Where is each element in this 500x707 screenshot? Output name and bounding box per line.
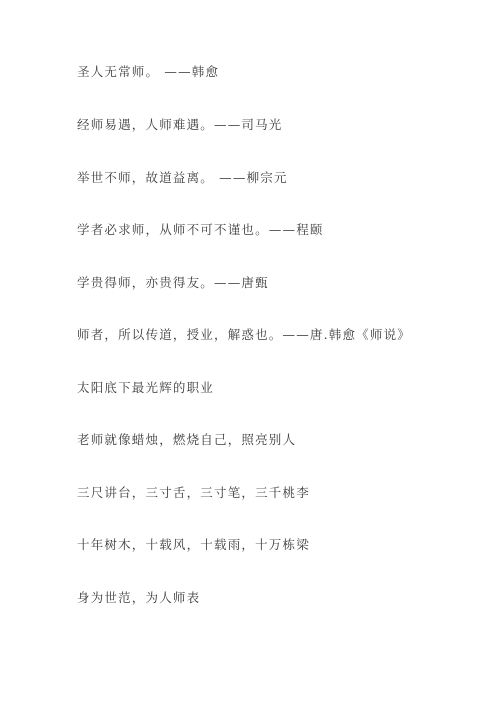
quote-line-7: 太阳底下最光辉的职业 (77, 380, 214, 396)
quote-line-4: 学者必求师，从师不可不谨也。——程颐 (77, 222, 324, 238)
quote-line-2: 经师易遇，人师难遇。——司马光 (77, 117, 283, 133)
quote-line-3: 举世不师，故道益离。 ——柳宗元 (77, 170, 288, 186)
quote-line-9: 三尺讲台，三寸舌，三寸笔，三千桃李 (77, 485, 310, 501)
quote-line-10: 十年树木，十载风，十载雨，十万栋梁 (77, 537, 310, 553)
quote-line-11: 身为世范，为人师表 (77, 590, 200, 606)
quote-line-5: 学贵得师，亦贵得友。——唐甄 (77, 275, 269, 291)
quote-line-1: 圣人无常师。 ——韩愈 (77, 64, 219, 80)
document-page: 圣人无常师。 ——韩愈 经师易遇，人师难遇。——司马光 举世不师，故道益离。 —… (0, 0, 500, 707)
quote-line-6: 师者，所以传道，授业，解惑也。——唐.韩愈《师说》 (77, 327, 411, 343)
quote-line-8: 老师就像蜡烛，燃烧自己，照亮别人 (77, 432, 296, 448)
